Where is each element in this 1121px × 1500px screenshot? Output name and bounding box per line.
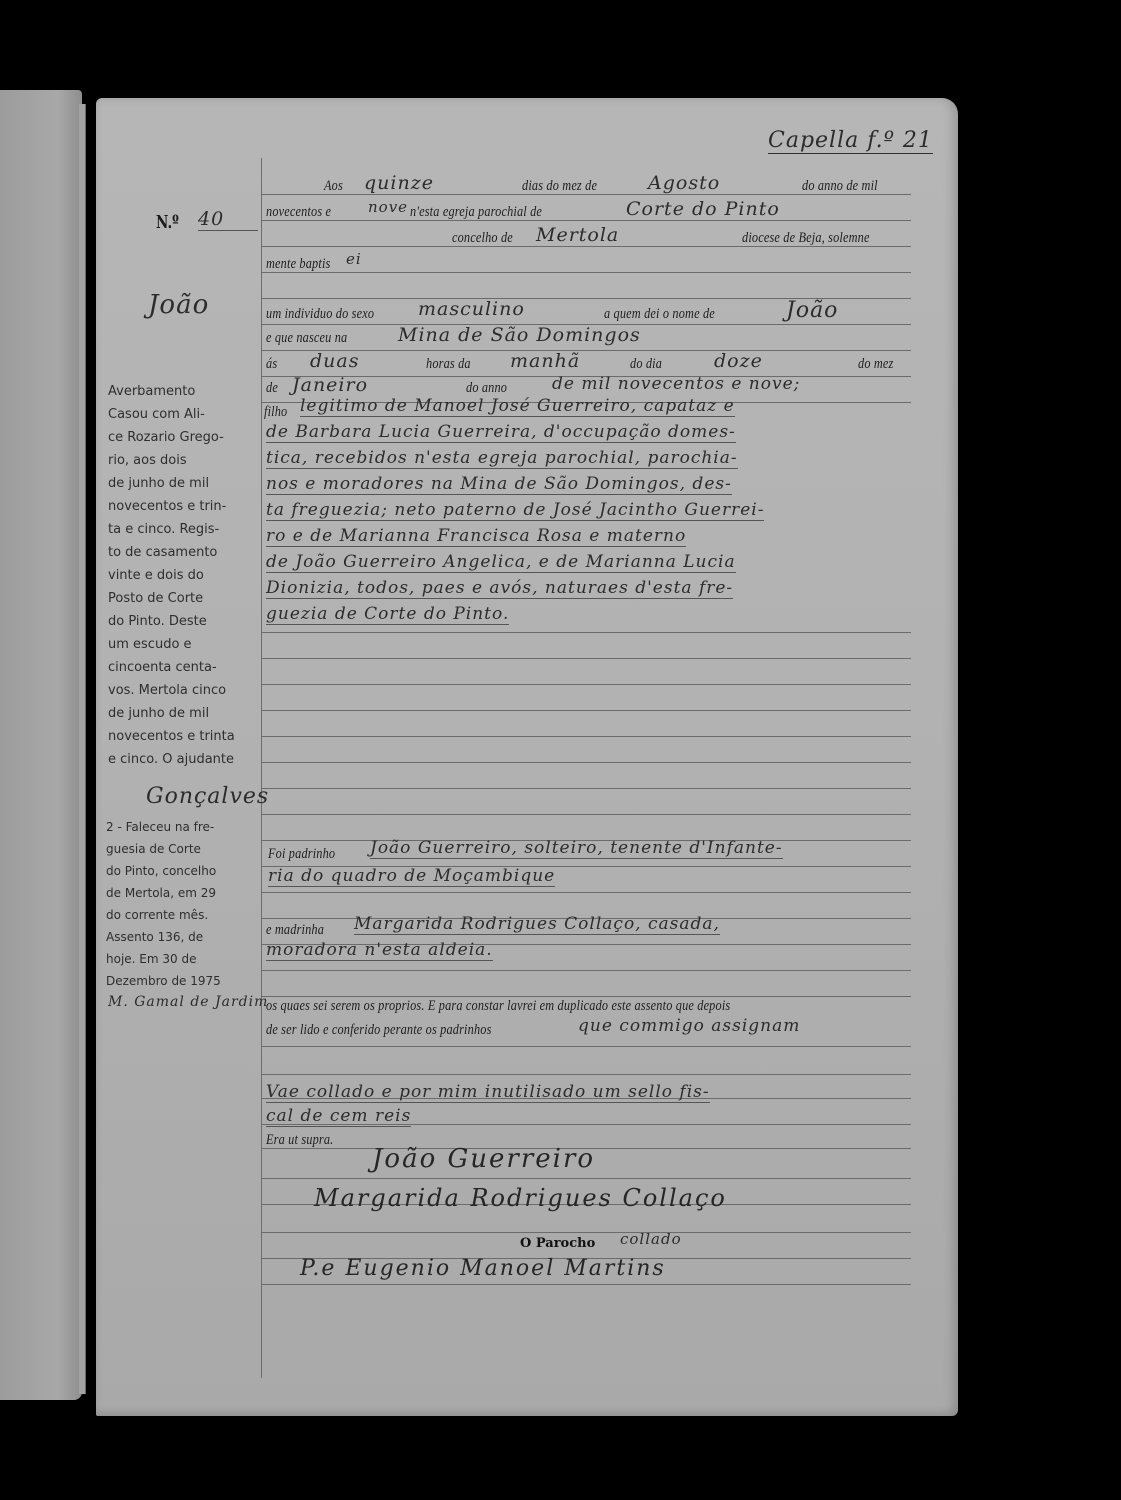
print-diocese: diocese de Beja, solemne	[742, 230, 870, 247]
seal-note-line: Vae collado e por mim inutilisado um sel…	[266, 1082, 710, 1103]
birth-day-field: doze	[714, 350, 763, 372]
print-mente-baptis: mente baptis	[266, 256, 330, 273]
year-field: nove	[368, 198, 408, 216]
filiation-line: nos e moradores na Mina de São Domingos,…	[266, 474, 732, 495]
closing-line-1: os quaes sei serem os proprios. E para c…	[266, 998, 730, 1015]
print-concelho: concelho de	[452, 230, 513, 247]
filiation-line: de Barbara Lucia Guerreira, d'occupação …	[266, 422, 736, 443]
parish-field: Corte do Pinto	[626, 198, 780, 220]
county-field: Mertola	[536, 224, 619, 246]
padrinho-label: Foi padrinho	[268, 846, 335, 863]
baptis-suffix: ei	[346, 250, 362, 268]
filiation-line: de João Guerreiro Angelica, e de Mariann…	[266, 552, 736, 573]
filiation-line: guezia de Corte do Pinto.	[266, 604, 509, 625]
madrinha-line: Margarida Rodrigues Collaço, casada,	[354, 914, 720, 935]
adjacent-page-edge	[0, 90, 82, 1400]
parocho-note: collado	[620, 1230, 682, 1248]
era-ut-supra: Era ut supra.	[266, 1132, 333, 1149]
margin-rule	[261, 158, 262, 1378]
birthplace-field: Mina de São Domingos	[398, 324, 641, 346]
print-nasceu-na: e que nasceu na	[266, 330, 347, 347]
print-do-anno: do anno de mil	[802, 178, 878, 195]
madrinha-line: moradora n'esta aldeia.	[266, 940, 493, 961]
hour-field: duas	[310, 350, 359, 372]
print-novecentos: novecentos e	[266, 204, 331, 221]
madrinha-label: e madrinha	[266, 922, 324, 939]
parocho-signature: P.e Eugenio Manoel Martins	[300, 1256, 666, 1281]
sex-field: masculino	[418, 298, 525, 320]
print-horas-da: horas da	[426, 356, 471, 373]
marriage-annotation: Averbamento Casou com Ali- ce Rozario Gr…	[108, 380, 235, 771]
print-do-mez: do mez	[858, 356, 893, 373]
day-field: quinze	[364, 172, 434, 194]
closing-line-2: de ser lido e conferido perante os padri…	[266, 1022, 492, 1039]
page-stack-edge	[79, 104, 86, 1394]
madrinha-signature: Margarida Rodrigues Collaço	[314, 1184, 727, 1212]
print-individuo: um individuo do sexo	[266, 306, 374, 323]
parocho-label: O Parocho	[520, 1236, 595, 1251]
filiation-line: ro e de Marianna Francisca Rosa e matern…	[266, 526, 686, 547]
print-do-dia: do dia	[630, 356, 662, 373]
name-field: João	[786, 298, 838, 323]
print-aos: Aos	[324, 178, 343, 195]
padrinho-line: ria do quadro de Moçambique	[268, 866, 555, 887]
filiation-line: tica, recebidos n'esta egreja parochial,…	[266, 448, 738, 469]
print-a-quem: a quem dei o nome de	[604, 306, 715, 323]
padrinho-line: João Guerreiro, solteiro, tenente d'Infa…	[370, 838, 783, 859]
print-as: ás	[266, 356, 277, 373]
register-page: Capella f.º 21 N.º 40 João Aos quinze di…	[96, 98, 958, 1416]
marriage-annotation-signature: Gonçalves	[146, 784, 269, 809]
entry-number: 40	[198, 208, 258, 231]
print-filho: filho	[264, 404, 287, 421]
header-note: Capella f.º 21	[768, 128, 933, 154]
print-de: de	[266, 380, 278, 397]
month-field: Agosto	[648, 172, 720, 194]
closing-hand: que commigo assignam	[578, 1016, 800, 1036]
filiation-line: ta freguezia; neto paterno de José Jacin…	[266, 500, 764, 521]
margin-name: João	[148, 290, 209, 320]
period-field: manhã	[510, 350, 580, 372]
print-do-anno-2: do anno	[466, 380, 507, 397]
filiation-line: legitimo de Manoel José Guerreiro, capat…	[300, 396, 735, 417]
birth-month-field: Janeiro	[292, 374, 368, 396]
birth-year-field: de mil novecentos e nove;	[552, 374, 800, 394]
seal-note-line: cal de cem reis	[266, 1106, 411, 1127]
padrinho-signature: João Guerreiro	[372, 1144, 595, 1174]
print-dias-do-mez: dias do mez de	[522, 178, 597, 195]
death-annotation: 2 - Faleceu na fre- guesia de Corte do P…	[106, 816, 221, 992]
filiation-line: Dionizia, todos, paes e avós, naturaes d…	[266, 578, 733, 599]
entry-number-label: N.º	[156, 212, 179, 233]
print-egreja: n'esta egreja parochial de	[410, 204, 542, 221]
death-annotation-signature: M. Gamal de Jardim	[108, 994, 268, 1010]
